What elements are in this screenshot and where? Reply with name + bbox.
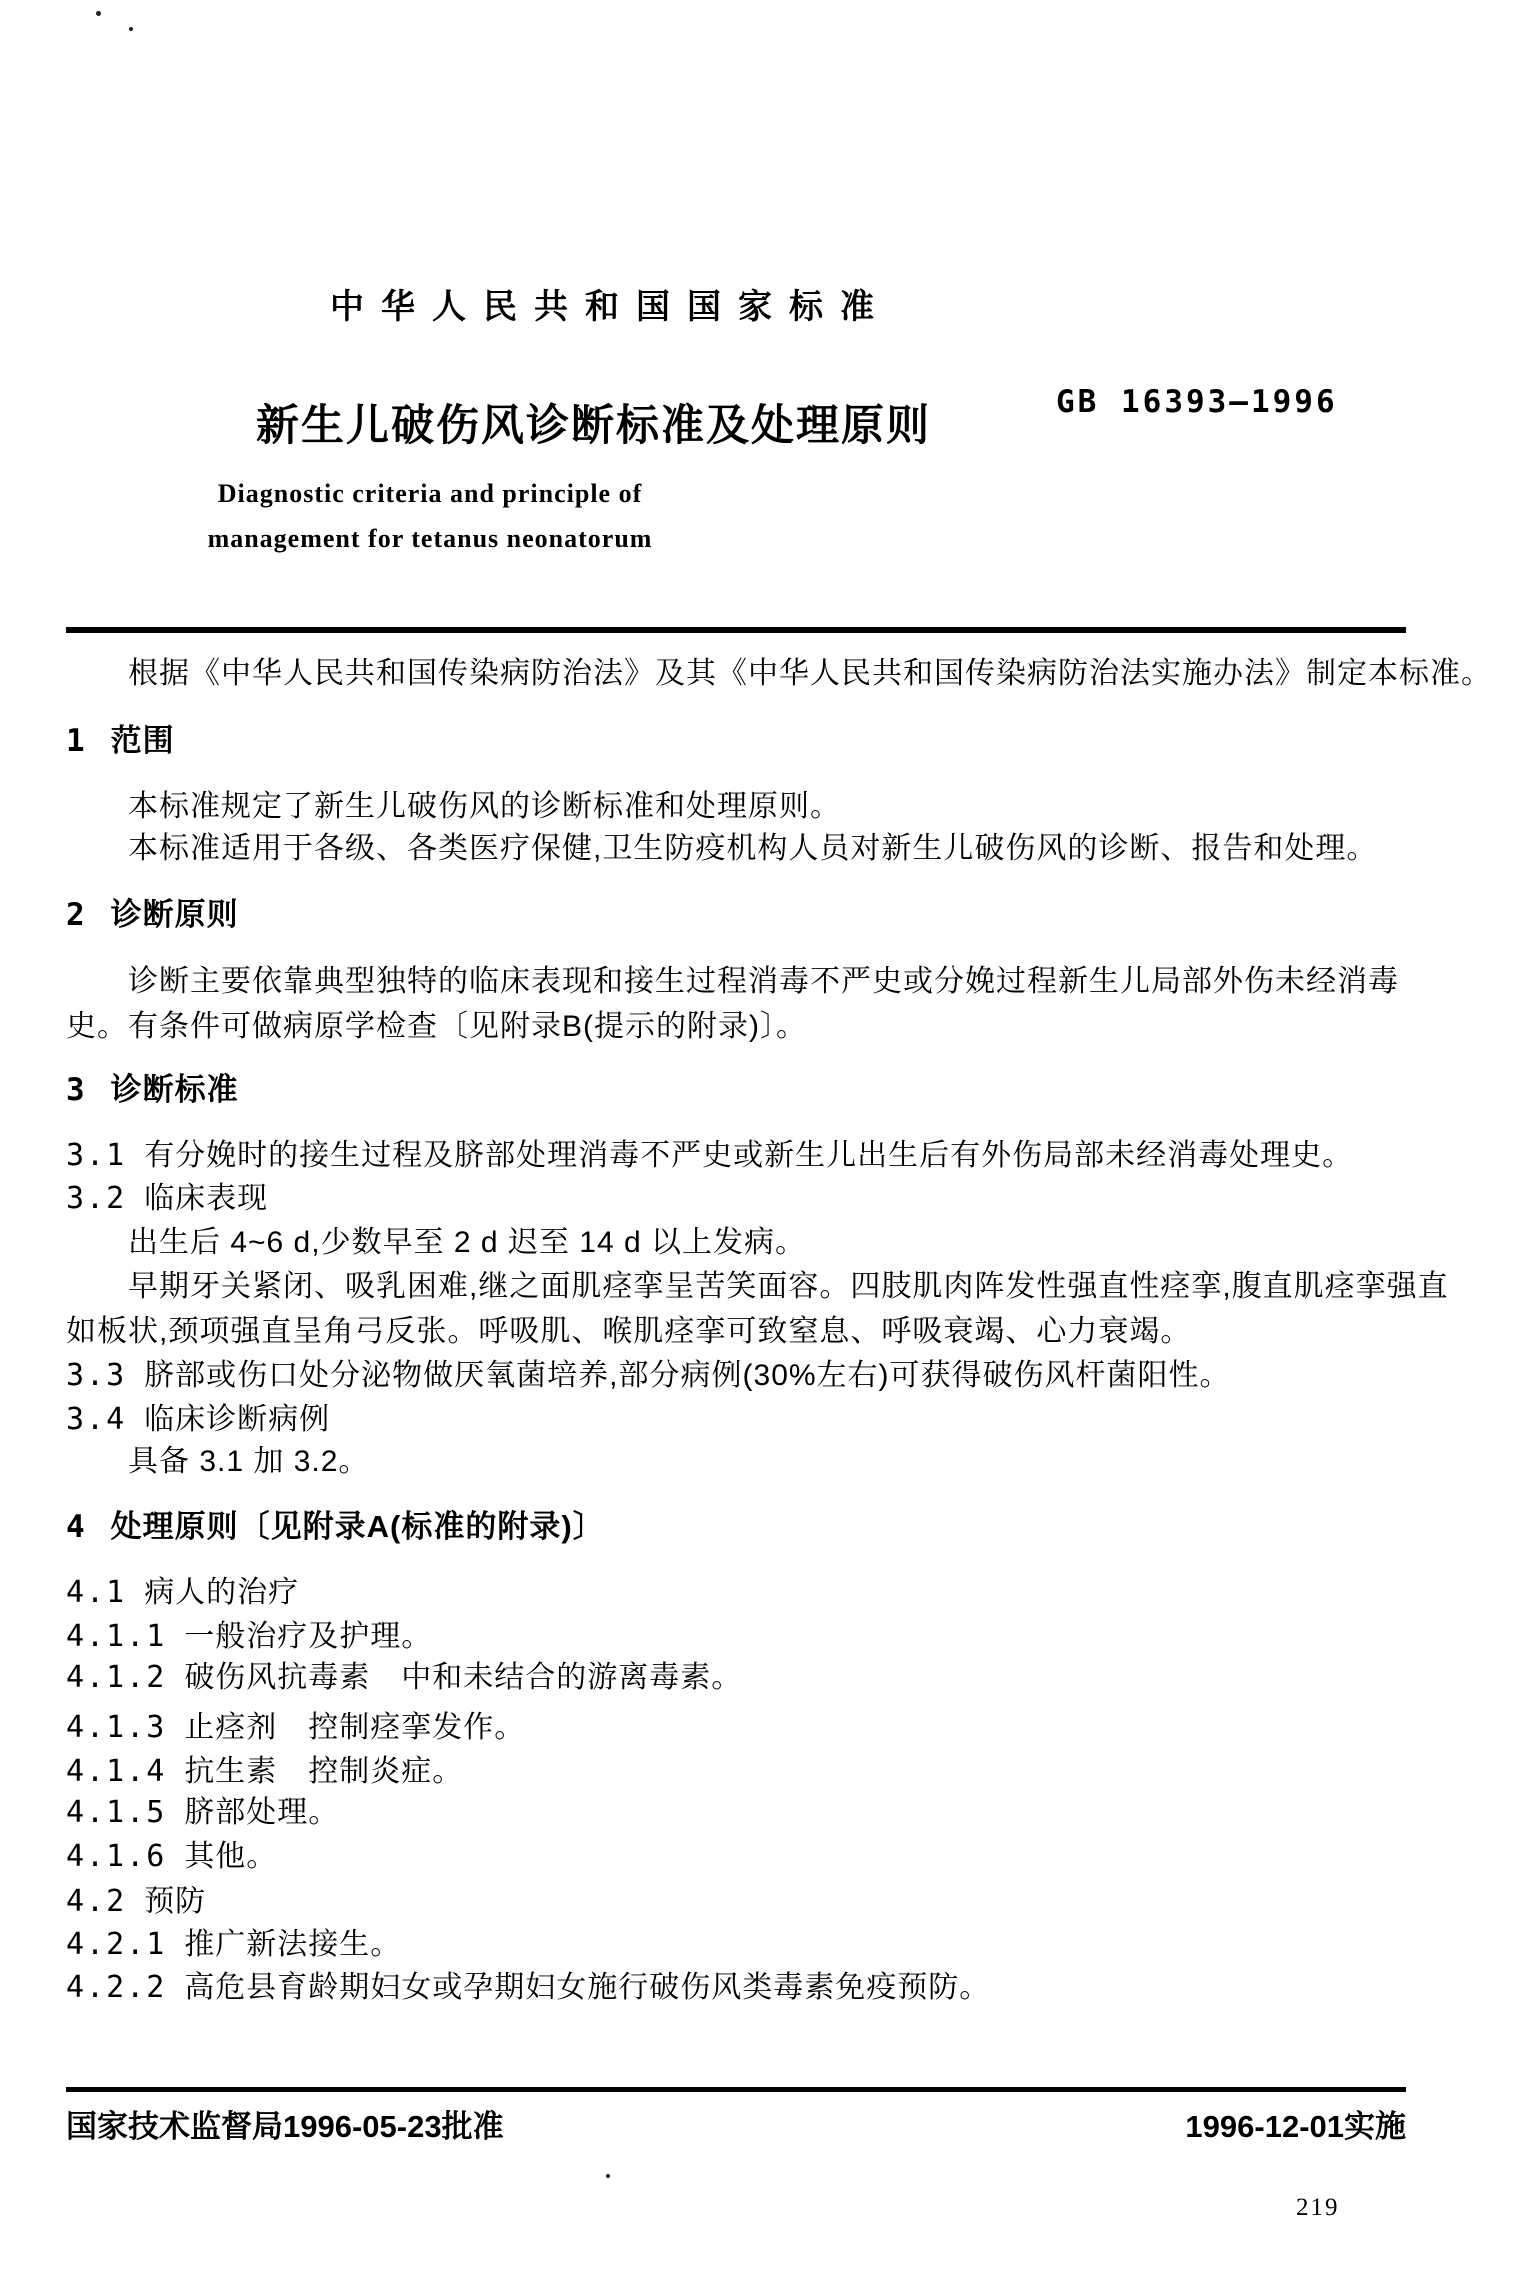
intro-paragraph: 根据《中华人民共和国传染病防治法》及其《中华人民共和国传染病防治法实施办法》制定…	[66, 651, 1424, 696]
clause-3-4-text: 临床诊断病例	[144, 1397, 330, 1442]
clause-4-2-2-text: 高危县育龄期妇女或孕期妇女施行破伤风类毒素免疫预防。	[184, 1965, 990, 2010]
scope-paragraph-2: 本标准适用于各级、各类医疗保健,卫生防疫机构人员对新生儿破伤风的诊断、报告和处理…	[66, 826, 1424, 871]
clause-4-2-number: 4.2	[66, 1879, 126, 1924]
scan-speck	[129, 27, 133, 31]
clause-4-1-3-number: 4.1.3	[66, 1705, 166, 1750]
clause-4-1-6: 4.1.6其他。	[66, 1834, 1424, 1879]
clause-4-1-6-text: 其他。	[184, 1834, 277, 1879]
clause-4-1-5: 4.1.5脐部处理。	[66, 1790, 1424, 1835]
scan-speck	[96, 11, 101, 16]
section-2-heading: 2诊断原则	[66, 892, 1424, 938]
section-2-title: 诊断原则	[111, 897, 239, 932]
clause-4-1-5-number: 4.1.5	[66, 1790, 166, 1835]
section-3-title: 诊断标准	[111, 1072, 239, 1107]
standard-title-chinese: 新生儿破伤风诊断标准及处理原则	[256, 392, 931, 453]
implementation-date: 1996-12-01实施	[1185, 2101, 1406, 2146]
clause-4-2-2: 4.2.2高危县育龄期妇女或孕期妇女施行破伤风类毒素免疫预防。	[66, 1965, 1424, 2010]
clause-4-1-4-text: 抗生素 控制炎症。	[184, 1749, 463, 1794]
standard-title-english-line1: Diagnostic criteria and principle of	[0, 479, 860, 509]
clause-4-1-2: 4.1.2破伤风抗毒素 中和未结合的游离毒素。	[66, 1655, 1424, 1700]
clause-3-3: 3.3脐部或伤口处分泌物做厌氧菌培养,部分病例(30%左右)可获得破伤风杆菌阳性…	[66, 1353, 1424, 1398]
clause-3-3-number: 3.3	[66, 1353, 126, 1398]
clause-4-2-text: 预防	[144, 1879, 206, 1924]
clause-4-1: 4.1病人的治疗	[66, 1570, 1424, 1615]
clause-4-1-text: 病人的治疗	[144, 1570, 299, 1615]
header-divider-rule	[66, 627, 1406, 633]
section-3-number: 3	[66, 1068, 87, 1113]
footer-divider-rule	[66, 2087, 1406, 2092]
clause-4-2-2-number: 4.2.2	[66, 1965, 166, 2010]
clause-4-1-2-number: 4.1.2	[66, 1655, 166, 1700]
clause-3-2-number: 3.2	[66, 1176, 126, 1221]
paragraph-line: 诊断主要依靠典型独特的临床表现和接生过程消毒不严史或分娩过程新生儿局部外伤未经消…	[66, 959, 1424, 1004]
clinical-case-criteria-paragraph: 具备 3.1 加 3.2。	[66, 1439, 1424, 1484]
clause-4-1-1-number: 4.1.1	[66, 1614, 166, 1659]
clause-4-2-1: 4.2.1推广新法接生。	[66, 1922, 1424, 1967]
clause-3-4: 3.4临床诊断病例	[66, 1397, 1424, 1442]
scope-paragraph-1: 本标准规定了新生儿破伤风的诊断标准和处理原则。	[66, 784, 1424, 829]
clinical-signs-paragraph: 早期牙关紧闭、吸乳困难,继之面肌痉挛呈苦笑面容。四肢肌肉阵发性强直性痉挛,腹直肌…	[66, 1264, 1424, 1354]
clause-4-1-2-text: 破伤风抗毒素 中和未结合的游离毒素。	[184, 1655, 742, 1700]
section-1-heading: 1范围	[66, 718, 1424, 764]
clause-3-2: 3.2临床表现	[66, 1176, 1424, 1221]
clause-4-2: 4.2预防	[66, 1879, 1424, 1924]
paragraph-line: 如板状,颈项强直呈角弓反张。呼吸肌、喉肌痉挛可致窒息、呼吸衰竭、心力衰竭。	[66, 1309, 1424, 1354]
national-standard-header: 中华人民共和国国家标准	[330, 279, 891, 328]
clause-3-4-number: 3.4	[66, 1397, 126, 1442]
page-number: 219	[1296, 2194, 1340, 2222]
section-2-number: 2	[66, 893, 87, 938]
section-4-heading: 4处理原则〔见附录A(标准的附录)〕	[66, 1504, 1424, 1550]
standard-title-english-line2: management for tetanus neonatorum	[0, 524, 860, 554]
footer-row: 国家技术监督局1996-05-23批准 1996-12-01实施	[66, 2101, 1406, 2146]
clause-4-1-6-number: 4.1.6	[66, 1834, 166, 1879]
clause-4-1-3-text: 止痉剂 控制痉挛发作。	[184, 1705, 525, 1750]
clause-4-2-1-number: 4.2.1	[66, 1922, 166, 1967]
scan-speck	[606, 2174, 610, 2178]
clause-4-2-1-text: 推广新法接生。	[184, 1922, 401, 1967]
clause-4-1-1-text: 一般治疗及护理。	[184, 1614, 432, 1659]
clause-3-1: 3.1有分娩时的接生过程及脐部处理消毒不严史或新生儿出生后有外伤局部未经消毒处理…	[66, 1133, 1424, 1178]
diagnosis-principle-paragraph: 诊断主要依靠典型独特的临床表现和接生过程消毒不严史或分娩过程新生儿局部外伤未经消…	[66, 959, 1424, 1049]
paragraph-line: 早期牙关紧闭、吸乳困难,继之面肌痉挛呈苦笑面容。四肢肌肉阵发性强直性痉挛,腹直肌…	[66, 1264, 1424, 1309]
clause-4-1-4: 4.1.4抗生素 控制炎症。	[66, 1749, 1424, 1794]
section-1-number: 1	[66, 719, 87, 764]
clause-3-1-number: 3.1	[66, 1133, 126, 1178]
onset-paragraph: 出生后 4~6 d,少数早至 2 d 迟至 14 d 以上发病。	[66, 1220, 1424, 1265]
section-3-heading: 3诊断标准	[66, 1067, 1424, 1113]
document-page: 中华人民共和国国家标准 新生儿破伤风诊断标准及处理原则 GB 16393—199…	[0, 0, 1536, 2285]
section-4-number: 4	[66, 1505, 87, 1550]
clause-4-1-3: 4.1.3止痉剂 控制痉挛发作。	[66, 1705, 1424, 1750]
section-4-title: 处理原则〔见附录A(标准的附录)〕	[111, 1509, 605, 1544]
clause-3-2-text: 临床表现	[144, 1176, 268, 1221]
clause-4-1-number: 4.1	[66, 1570, 126, 1615]
clause-4-1-1: 4.1.1一般治疗及护理。	[66, 1614, 1424, 1659]
standard-code: GB 16393—1996	[1056, 384, 1338, 420]
paragraph-line: 史。有条件可做病原学检查〔见附录B(提示的附录)〕。	[66, 1004, 1424, 1049]
clause-4-1-5-text: 脐部处理。	[184, 1790, 339, 1835]
clause-4-1-4-number: 4.1.4	[66, 1749, 166, 1794]
section-1-title: 范围	[111, 723, 175, 758]
clause-3-3-text: 脐部或伤口处分泌物做厌氧菌培养,部分病例(30%左右)可获得破伤风杆菌阳性。	[144, 1353, 1230, 1398]
clause-3-1-text: 有分娩时的接生过程及脐部处理消毒不严史或新生儿出生后有外伤局部未经消毒处理史。	[144, 1133, 1353, 1178]
approval-date: 国家技术监督局1996-05-23批准	[66, 2101, 504, 2146]
